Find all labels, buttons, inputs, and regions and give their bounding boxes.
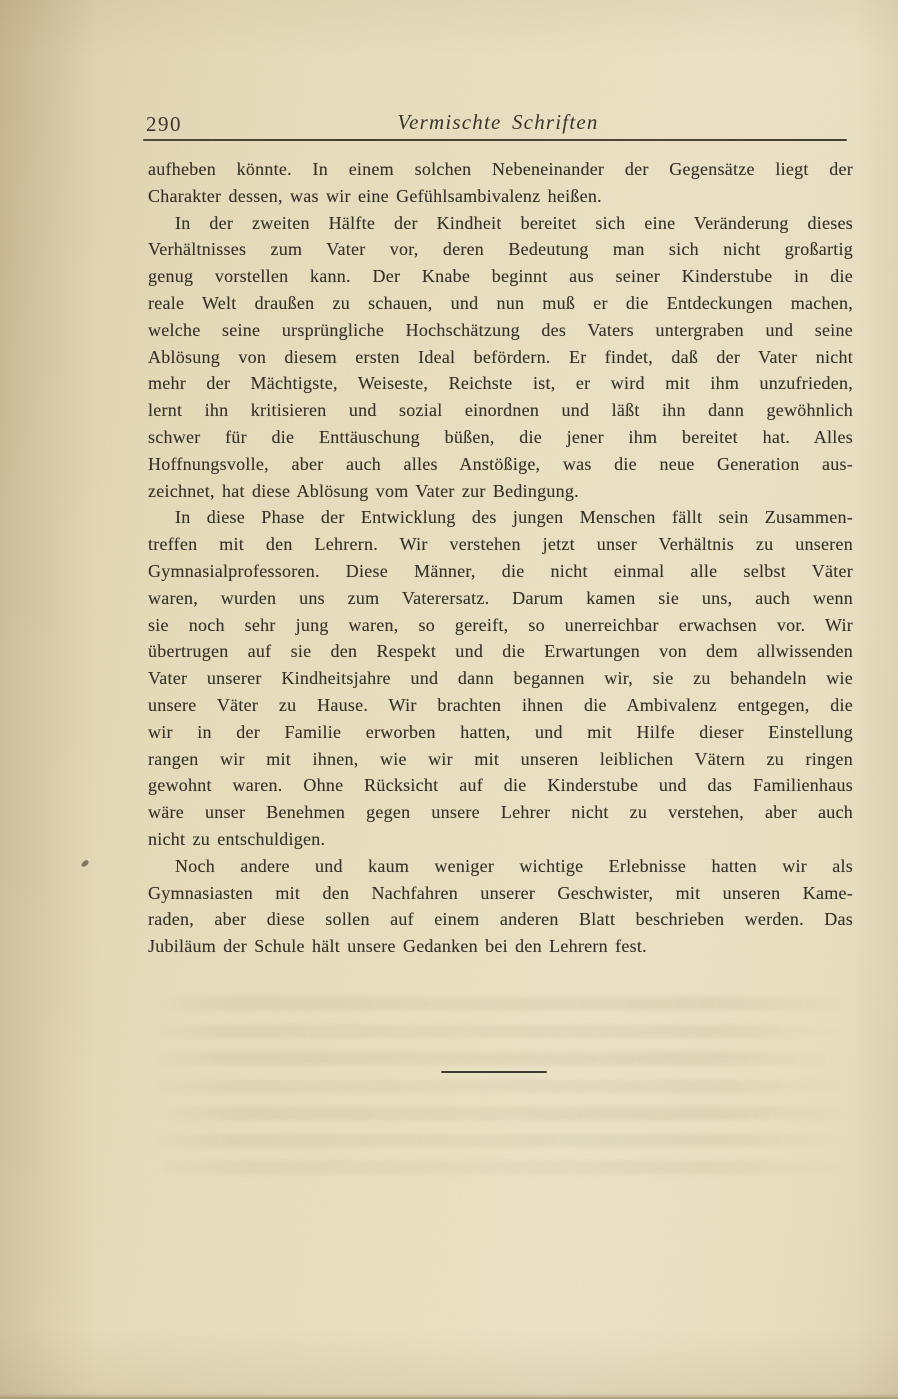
text-line: schwer für die Enttäuschung büßen, die j… — [148, 424, 853, 451]
text-line: genug vorstellen kann. Der Knabe beginnt… — [148, 263, 853, 290]
text-line: In der zweiten Hälfte der Kindheit berei… — [148, 210, 853, 237]
text-line: gewohnt waren. Ohne Rücksicht auf die Ki… — [148, 772, 853, 799]
text-line: aufheben könnte. In einem solchen Nebene… — [148, 156, 853, 183]
text-line: Gymnasialprofessoren. Diese Männer, die … — [148, 558, 853, 585]
text-line: unsere Väter zu Hause. Wir brachten ihne… — [148, 692, 853, 719]
text-line: rangen wir mit ihnen, wie wir mit unsere… — [148, 746, 853, 773]
text-line: Charakter dessen, was wir eine Gefühlsam… — [148, 183, 853, 210]
section-divider-rule — [441, 1071, 547, 1073]
paragraph: In der zweiten Hälfte der Kindheit berei… — [148, 210, 853, 505]
text-line: raden, aber diese sollen auf einem ander… — [148, 906, 853, 933]
header-rule — [143, 139, 847, 141]
text-line: wir in der Familie erworben hatten, und … — [148, 719, 853, 746]
text-line: welche seine ursprüngliche Hochschätzung… — [148, 317, 853, 344]
text-line: Verhältnisses zum Vater vor, deren Bedeu… — [148, 236, 853, 263]
paragraph: In diese Phase der Entwicklung des junge… — [148, 504, 853, 852]
text-line: lernt ihn kritisieren und sozial einordn… — [148, 397, 853, 424]
paragraph: aufheben könnte. In einem solchen Nebene… — [148, 156, 853, 210]
text-line: Ablösung von diesem ersten Ideal beförde… — [148, 344, 853, 371]
text-line: sie noch sehr jung waren, so gereift, so… — [148, 612, 853, 639]
text-line: Hoffnungsvolle, aber auch alles Anstößig… — [148, 451, 853, 478]
text-line: mehr der Mächtigste, Weiseste, Reichste … — [148, 370, 853, 397]
paragraph: Noch andere und kaum weniger wichtige Er… — [148, 853, 853, 960]
paper-speck — [80, 859, 89, 867]
body-text: aufheben könnte. In einem solchen Nebene… — [148, 156, 853, 960]
text-line: Jubiläum der Schule hält unsere Gedanken… — [148, 933, 853, 960]
text-line: In diese Phase der Entwicklung des junge… — [148, 504, 853, 531]
scanned-book-page: 290 Vermischte Schriften aufheben könnte… — [0, 0, 898, 1399]
text-line: Noch andere und kaum weniger wichtige Er… — [148, 853, 853, 880]
text-line: zeichnet, hat diese Ablösung vom Vater z… — [148, 478, 853, 505]
text-line: reale Welt draußen zu schauen, und nun m… — [148, 290, 853, 317]
text-line: Gymnasiasten mit den Nachfahren unserer … — [148, 880, 853, 907]
running-header-title: Vermischte Schriften — [148, 110, 848, 135]
text-line: nicht zu entschuldigen. — [148, 826, 853, 853]
text-line: waren, wurden uns zum Vaterersatz. Darum… — [148, 585, 853, 612]
text-line: treffen mit den Lehrern. Wir verstehen j… — [148, 531, 853, 558]
page-bottom-edge — [0, 1393, 898, 1399]
text-line: wäre unser Benehmen gegen unsere Lehrer … — [148, 799, 853, 826]
text-line: übertrugen auf sie den Respekt und die E… — [148, 638, 853, 665]
text-line: Vater unserer Kindheitsjahre und dann be… — [148, 665, 853, 692]
